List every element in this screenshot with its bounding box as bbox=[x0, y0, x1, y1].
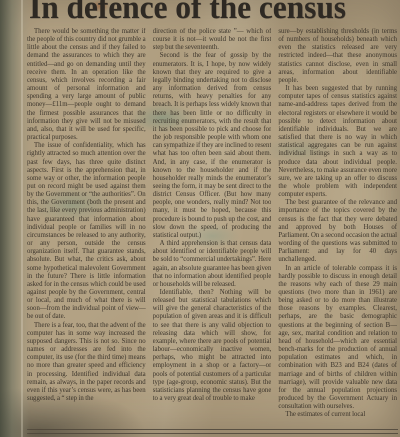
article: In defence of the census There would be … bbox=[0, 0, 400, 437]
article-column-2: direction of the police state ”— which o… bbox=[153, 28, 272, 427]
newspaper-clipping: In defence of the census There would be … bbox=[0, 0, 400, 437]
article-column-3: sure—by establishing thresholds (in term… bbox=[278, 28, 397, 427]
article-headline: In defence of the census bbox=[29, 0, 379, 25]
paragraph: Second is the fear of gossip by the enum… bbox=[153, 52, 272, 240]
paragraph: In an article of tolerable compass it is… bbox=[278, 265, 397, 412]
article-body: There would be something the matter if t… bbox=[27, 28, 397, 427]
paragraph: There is a fear, too, that the advent of… bbox=[27, 322, 146, 404]
article-column-1: There would be something the matter if t… bbox=[27, 28, 146, 427]
paragraph: Identifiable, then? Nothing will be rele… bbox=[153, 289, 272, 403]
paragraph: It has been suggested that by running co… bbox=[278, 85, 397, 199]
paragraph: The best guarantee of the relevance and … bbox=[278, 199, 397, 264]
paragraph-continuation: direction of the police state ”— which o… bbox=[153, 28, 272, 52]
paragraph: A third apprehension is that census data… bbox=[153, 240, 272, 289]
paragraph: The issue of confidentiality, which has … bbox=[27, 142, 146, 321]
paragraph: The estimates of current local bbox=[278, 411, 397, 419]
bottom-section-divider-rule bbox=[27, 429, 398, 434]
paragraph: There would be something the matter if t… bbox=[27, 28, 146, 142]
paragraph-continuation: sure—by establishing thresholds (in term… bbox=[278, 28, 397, 85]
